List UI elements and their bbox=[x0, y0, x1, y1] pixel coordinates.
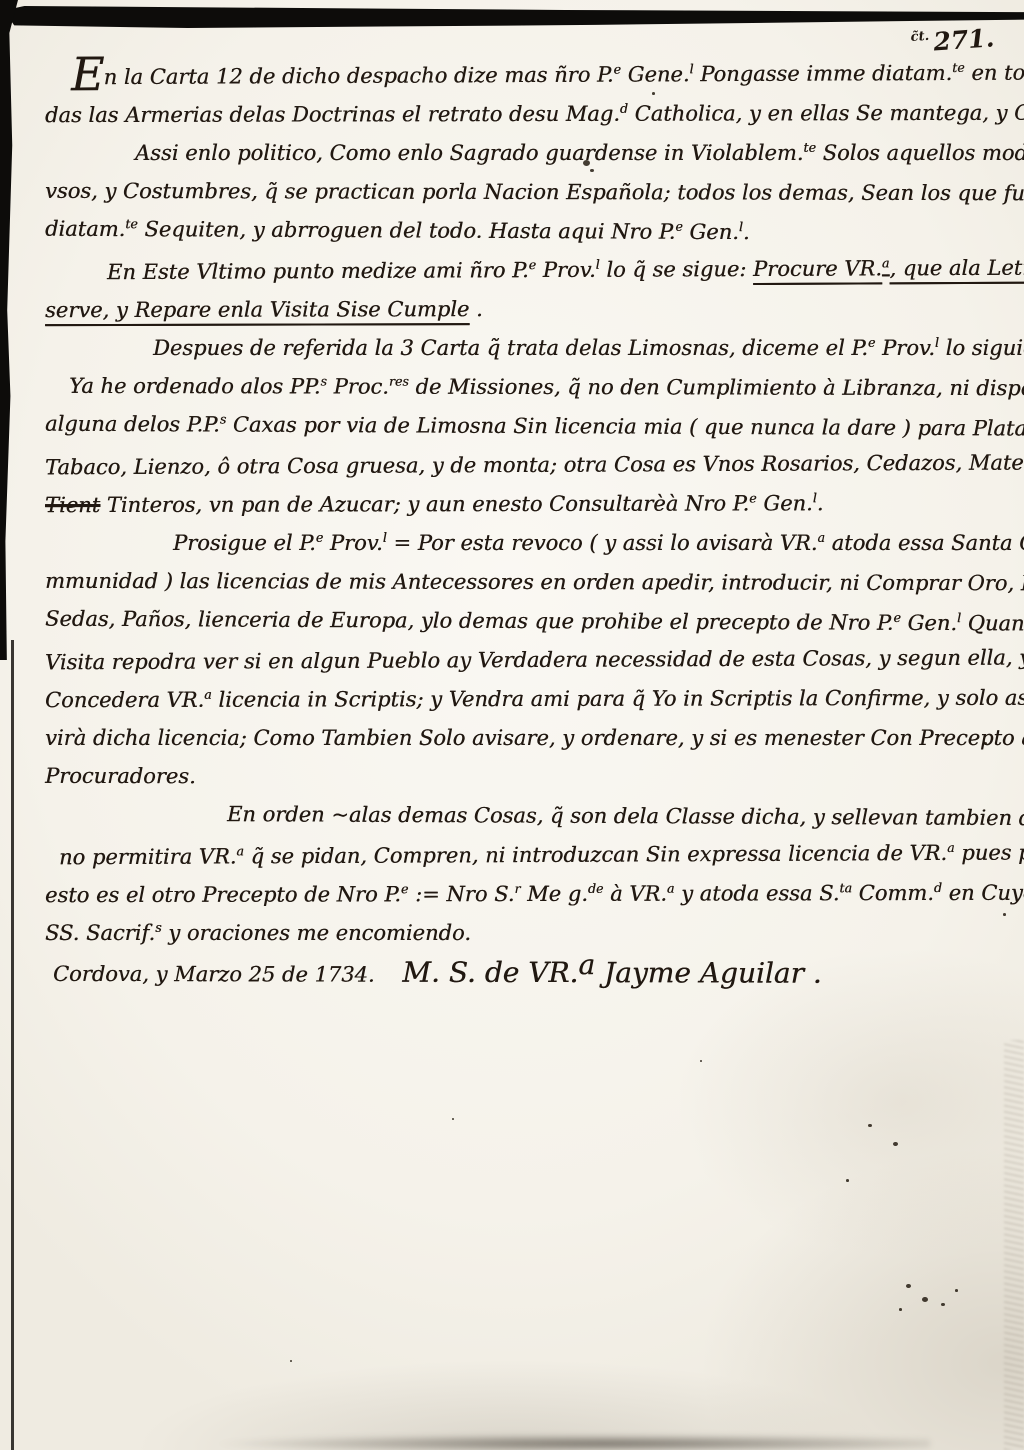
text-segment: en Cuyos- bbox=[942, 881, 1024, 905]
manuscript-line-17: Concedera VR.a licencia in Scriptis; y V… bbox=[45, 679, 995, 720]
text-segment: lo siguiente. = bbox=[939, 336, 1024, 360]
manuscript-line-10: alguna delos P.P.s Caxas por via de Limo… bbox=[45, 405, 995, 449]
ink-speck bbox=[899, 1308, 902, 1311]
ink-speck bbox=[583, 160, 590, 166]
text-segment: Catholica, y en ellas Se mantega, y Cons… bbox=[628, 100, 1024, 125]
manuscript-line-13: Prosigue el P.e Prov.l = Por esta revoco… bbox=[173, 524, 995, 563]
ink-speck bbox=[652, 92, 655, 95]
ink-speck bbox=[868, 1124, 872, 1127]
text-segment: vsos, y Costumbres, q̃ se practican porl… bbox=[45, 179, 1024, 206]
scan-edge-left bbox=[0, 0, 18, 660]
text-segment: = Por esta revoco ( y assi lo avisarà VR… bbox=[387, 531, 818, 555]
ink-speck bbox=[893, 1142, 898, 1146]
text-segment: En orden ~alas demas Cosas, q̃ son dela … bbox=[227, 802, 1024, 831]
text-segment: Concedera VR. bbox=[45, 688, 204, 712]
manuscript-line-24: Cordova, y Marzo 25 de 1734. M. S. de VR… bbox=[53, 952, 995, 993]
text-segment: E bbox=[71, 47, 104, 101]
text-segment: Visita repodra ver si en algun Pueblo ay… bbox=[45, 645, 1024, 674]
text-segment: de Missiones, q̃ no den Cumplimiento à L… bbox=[409, 375, 1024, 401]
text-segment: a bbox=[204, 687, 212, 702]
text-segment: e bbox=[749, 490, 756, 505]
folio-number-text: 271. bbox=[932, 23, 995, 56]
manuscript-line-7: serve, y Repare enla Visita Sise Cumple … bbox=[45, 289, 995, 330]
text-segment: pues para - bbox=[955, 840, 1024, 865]
text-segment: e bbox=[675, 219, 683, 234]
text-segment: te bbox=[803, 140, 816, 155]
scan-edge-bottom-smudge bbox=[210, 1434, 930, 1450]
manuscript-line-16: Visita repodra ver si en algun Pueblo ay… bbox=[45, 639, 995, 683]
manuscript-line-8: Despues de referida la 3 Carta q̃ trata … bbox=[153, 329, 995, 368]
text-segment: Procuradores. bbox=[45, 764, 196, 788]
text-segment: := Nro S. bbox=[408, 882, 514, 906]
text-segment: Tient bbox=[45, 493, 100, 517]
text-segment: à VR. bbox=[603, 882, 667, 906]
text-segment: Gene. bbox=[621, 62, 690, 86]
text-segment: y oraciones me encomiendo. bbox=[162, 921, 471, 945]
manuscript-body: En la Carta 12 de dicho despacho dize ma… bbox=[45, 56, 995, 992]
text-segment: Caxas por via de Limosna Sin licencia mi… bbox=[226, 413, 1024, 441]
text-segment: SS. Sacrif. bbox=[45, 921, 155, 945]
text-segment: Prov. bbox=[875, 336, 935, 360]
text-segment: Cordova, y Marzo 25 de 1734. bbox=[53, 962, 402, 987]
ink-speck bbox=[846, 1179, 849, 1182]
text-segment: Solos aquellos modo, estilos, bbox=[816, 141, 1024, 165]
text-segment: en to- bbox=[965, 61, 1024, 85]
text-segment: M. S. de VR. bbox=[402, 956, 578, 989]
text-segment: Proc. bbox=[327, 374, 389, 398]
manuscript-line-15: Sedas, Paños, lienceria de Europa, ylo d… bbox=[45, 600, 995, 644]
folio-flourish-mark: c̃t. bbox=[910, 29, 929, 45]
text-segment: . bbox=[469, 297, 482, 321]
scan-edge-left-thin bbox=[11, 640, 14, 1450]
text-segment: e bbox=[613, 62, 621, 77]
ink-speck bbox=[922, 1297, 928, 1302]
manuscript-line-14: mmunidad ) las licencias de mis Antecess… bbox=[45, 562, 995, 603]
manuscript-line-23: SS. Sacrif.s y oraciones me encomiendo. bbox=[45, 914, 995, 953]
text-segment: Prov. bbox=[536, 258, 596, 282]
text-segment: a bbox=[236, 843, 244, 858]
text-segment: Prosigue el P. bbox=[173, 531, 316, 555]
text-segment: lo q̃ se sigue: bbox=[600, 257, 753, 282]
text-segment: atoda essa Santa Co- bbox=[825, 531, 1024, 555]
folio-number: c̃t.271. bbox=[914, 23, 995, 57]
text-segment: Prov. bbox=[323, 531, 383, 555]
text-segment: Despues de referida la 3 Carta q̃ trata … bbox=[153, 336, 868, 360]
text-segment: Sedas, Paños, lienceria de Europa, ylo d… bbox=[45, 607, 894, 635]
ink-speck bbox=[906, 1284, 911, 1288]
text-segment: . bbox=[817, 491, 824, 515]
text-segment: Me g. bbox=[520, 882, 587, 906]
text-segment: Quando VR. bbox=[961, 611, 1024, 636]
manuscript-line-3: Assi enlo politico, Como enlo Sagrado gu… bbox=[135, 134, 995, 173]
text-segment: d bbox=[934, 880, 942, 895]
manuscript-line-12: Tient Tinteros, vn pan de Azucar; y aun … bbox=[45, 484, 995, 525]
manuscript-line-22: esto es el otro Precepto de Nro P.e := N… bbox=[45, 874, 995, 915]
text-segment: Ya he ordenado alos PP. bbox=[69, 374, 320, 399]
text-segment: Tabaco, Lienzo, ô otra Cosa gruesa, y de… bbox=[45, 450, 1024, 479]
text-segment: d bbox=[620, 101, 628, 116]
text-segment: das las Armerias delas Doctrinas el retr… bbox=[45, 102, 620, 127]
text-segment: diatam. bbox=[45, 217, 125, 241]
text-segment: Gen. bbox=[683, 220, 739, 244]
text-segment: a bbox=[947, 840, 955, 855]
text-segment: a bbox=[817, 530, 825, 545]
text-segment: Gen. bbox=[901, 611, 957, 635]
text-segment: res bbox=[389, 374, 409, 389]
scan-edge-top bbox=[4, 6, 1024, 28]
ink-speck bbox=[290, 1360, 292, 1362]
text-segment: . bbox=[743, 220, 750, 244]
manuscript-line-9: Ya he ordenado alos PP.s Proc.res de Mis… bbox=[69, 367, 995, 408]
manuscript-line-2: das las Armerias delas Doctrinas el retr… bbox=[45, 94, 995, 135]
text-segment: e bbox=[893, 610, 901, 625]
manuscript-scan-page: c̃t.271. En la Carta 12 de dicho despach… bbox=[0, 0, 1024, 1450]
text-segment: n la Carta 12 de dicho despacho dize mas… bbox=[104, 63, 614, 89]
text-segment: En Este Vltimo punto medize ami ñro P. bbox=[107, 258, 529, 284]
text-segment: Jayme Aguilar . bbox=[595, 956, 822, 990]
text-segment: Gen. bbox=[757, 491, 813, 515]
ink-speck bbox=[452, 1118, 454, 1120]
text-segment: licencia in Scriptis; y Vendra ami para … bbox=[212, 686, 1024, 712]
text-segment: esto es el otro Precepto de Nro P. bbox=[45, 882, 401, 907]
text-segment: Procure VR. bbox=[753, 256, 882, 281]
text-segment: te bbox=[952, 60, 965, 75]
text-segment: Comm. bbox=[852, 881, 934, 905]
manuscript-line-11: Tabaco, Lienzo, ô otra Cosa gruesa, y de… bbox=[45, 444, 995, 488]
text-segment: mmunidad ) las licencias de mis Antecess… bbox=[45, 569, 1024, 596]
manuscript-line-4: vsos, y Costumbres, q̃ se practican porl… bbox=[45, 172, 995, 213]
scan-edge-right-speckle bbox=[1004, 1040, 1024, 1450]
text-segment: Tinteros, vn pan de Azucar; y aun enesto… bbox=[100, 491, 749, 517]
text-segment: a bbox=[578, 948, 595, 981]
manuscript-line-6: En Este Vltimo punto medize ami ñro P.e … bbox=[107, 249, 995, 292]
ink-speck bbox=[984, 742, 987, 745]
text-segment: ta bbox=[839, 880, 852, 895]
text-segment: virà dicha licencia; Como Tambien Solo a… bbox=[45, 726, 1024, 750]
ink-speck bbox=[700, 1060, 702, 1062]
manuscript-line-5: diatam.te Sequiten, y abrroguen del todo… bbox=[45, 210, 995, 254]
text-segment: te bbox=[125, 216, 138, 231]
text-segment: Pongasse imme diatam. bbox=[693, 61, 952, 86]
text-segment: Sequiten, y abrroguen del todo. Hasta aq… bbox=[138, 217, 676, 244]
ink-speck bbox=[1003, 913, 1006, 916]
manuscript-line-18: virà dicha licencia; Como Tambien Solo a… bbox=[45, 719, 995, 758]
manuscript-line-21: no permitira VR.a q̃ se pidan, Compren, … bbox=[59, 834, 995, 878]
text-segment: q̃ se pidan, Compren, ni introduzcan Sin… bbox=[244, 841, 947, 868]
text-segment: alguna delos P.P. bbox=[45, 412, 220, 437]
manuscript-line-19: Procuradores. bbox=[45, 757, 995, 798]
ink-speck bbox=[941, 1303, 945, 1306]
text-segment: no permitira VR. bbox=[59, 844, 237, 869]
ink-speck bbox=[955, 1289, 958, 1292]
text-segment: serve, y Repare enla Visita Sise Cumple bbox=[45, 297, 469, 322]
text-segment: y atoda essa S. bbox=[674, 881, 839, 905]
manuscript-line-20: En orden ~alas demas Cosas, q̃ son dela … bbox=[227, 795, 995, 838]
text-segment: , que ala Letra se ob- bbox=[889, 255, 1024, 280]
text-segment: Assi enlo politico, Como enlo Sagrado gu… bbox=[135, 141, 803, 165]
manuscript-line-1: En la Carta 12 de dicho despacho dize ma… bbox=[71, 54, 995, 98]
text-segment: de bbox=[588, 881, 604, 896]
